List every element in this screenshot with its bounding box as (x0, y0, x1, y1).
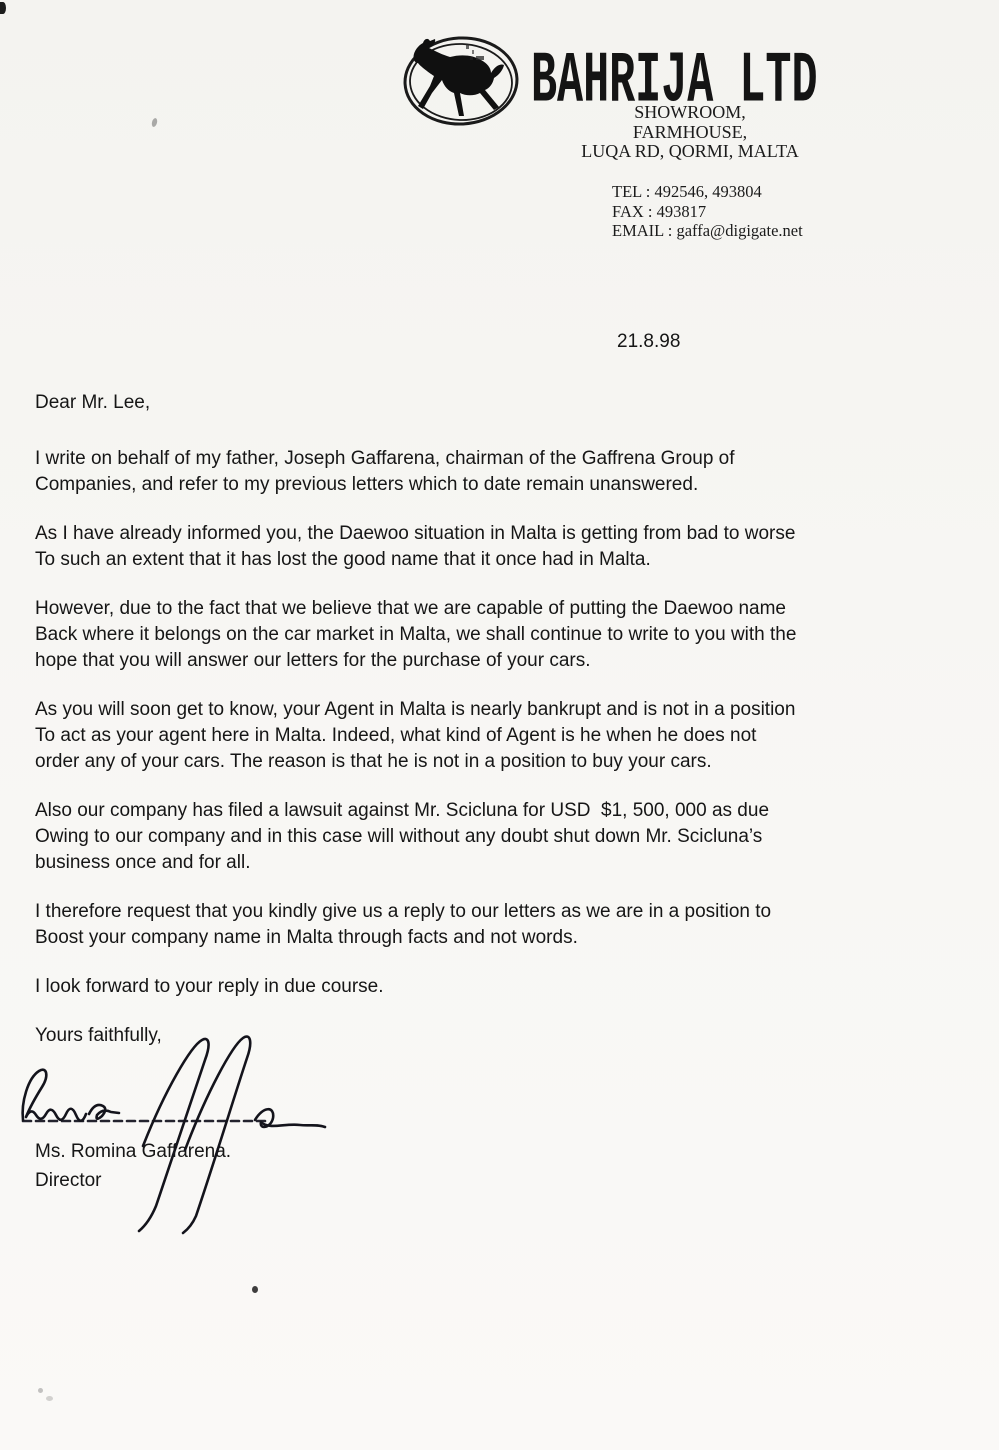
signature-surname-loop-2 (183, 1037, 250, 1233)
company-logo (400, 34, 522, 132)
signature-title: Director (35, 1170, 102, 1192)
scanned-letter-page: BAHRIJA LTD SHOWROOM, FARMHOUSE, LUQA RD… (0, 0, 999, 1450)
signature-first-name-script (23, 1070, 119, 1121)
signature-tail-flourish (255, 1109, 325, 1127)
scan-artifact (0, 2, 6, 14)
closing: Yours faithfully, (35, 1023, 960, 1049)
scan-artifact (151, 118, 158, 128)
address-line-2: FARMHOUSE, (558, 123, 822, 143)
address-line-3: LUQA RD, QORMI, MALTA (558, 142, 822, 162)
scan-artifact (252, 1286, 258, 1293)
paragraph-6: I therefore request that you kindly give… (35, 899, 960, 951)
paragraph-3: However, due to the fact that we believe… (35, 596, 960, 674)
salutation: Dear Mr. Lee, (35, 390, 960, 416)
scan-artifact (38, 1388, 43, 1393)
contact-line-fax: FAX : 493817 (612, 202, 803, 222)
paragraph-1: I write on behalf of my father, Joseph G… (35, 446, 960, 498)
paragraph-4: As you will soon get to know, your Agent… (35, 697, 960, 775)
signature-surname-loop-1 (139, 1039, 209, 1231)
paragraph-2: As I have already informed you, the Daew… (35, 521, 960, 573)
letterhead-contact: TEL : 492546, 493804 FAX : 493817 EMAIL … (612, 182, 803, 241)
signature-name: Ms. Romina Gaffarena. (35, 1141, 231, 1163)
scan-artifact (46, 1396, 53, 1401)
letter-body: Dear Mr. Lee, I write on behalf of my fa… (35, 390, 960, 1049)
contact-line-email: EMAIL : gaffa@digigate.net (612, 221, 803, 241)
address-line-1: SHOWROOM, (558, 103, 822, 123)
paragraph-7: I look forward to your reply in due cour… (35, 974, 960, 1000)
letterhead-address: SHOWROOM, FARMHOUSE, LUQA RD, QORMI, MAL… (558, 103, 822, 162)
handwritten-signature (15, 1028, 337, 1235)
contact-line-tel: TEL : 492546, 493804 (612, 182, 803, 202)
letter-date: 21.8.98 (617, 331, 680, 353)
paragraph-5: Also our company has filed a lawsuit aga… (35, 798, 960, 876)
